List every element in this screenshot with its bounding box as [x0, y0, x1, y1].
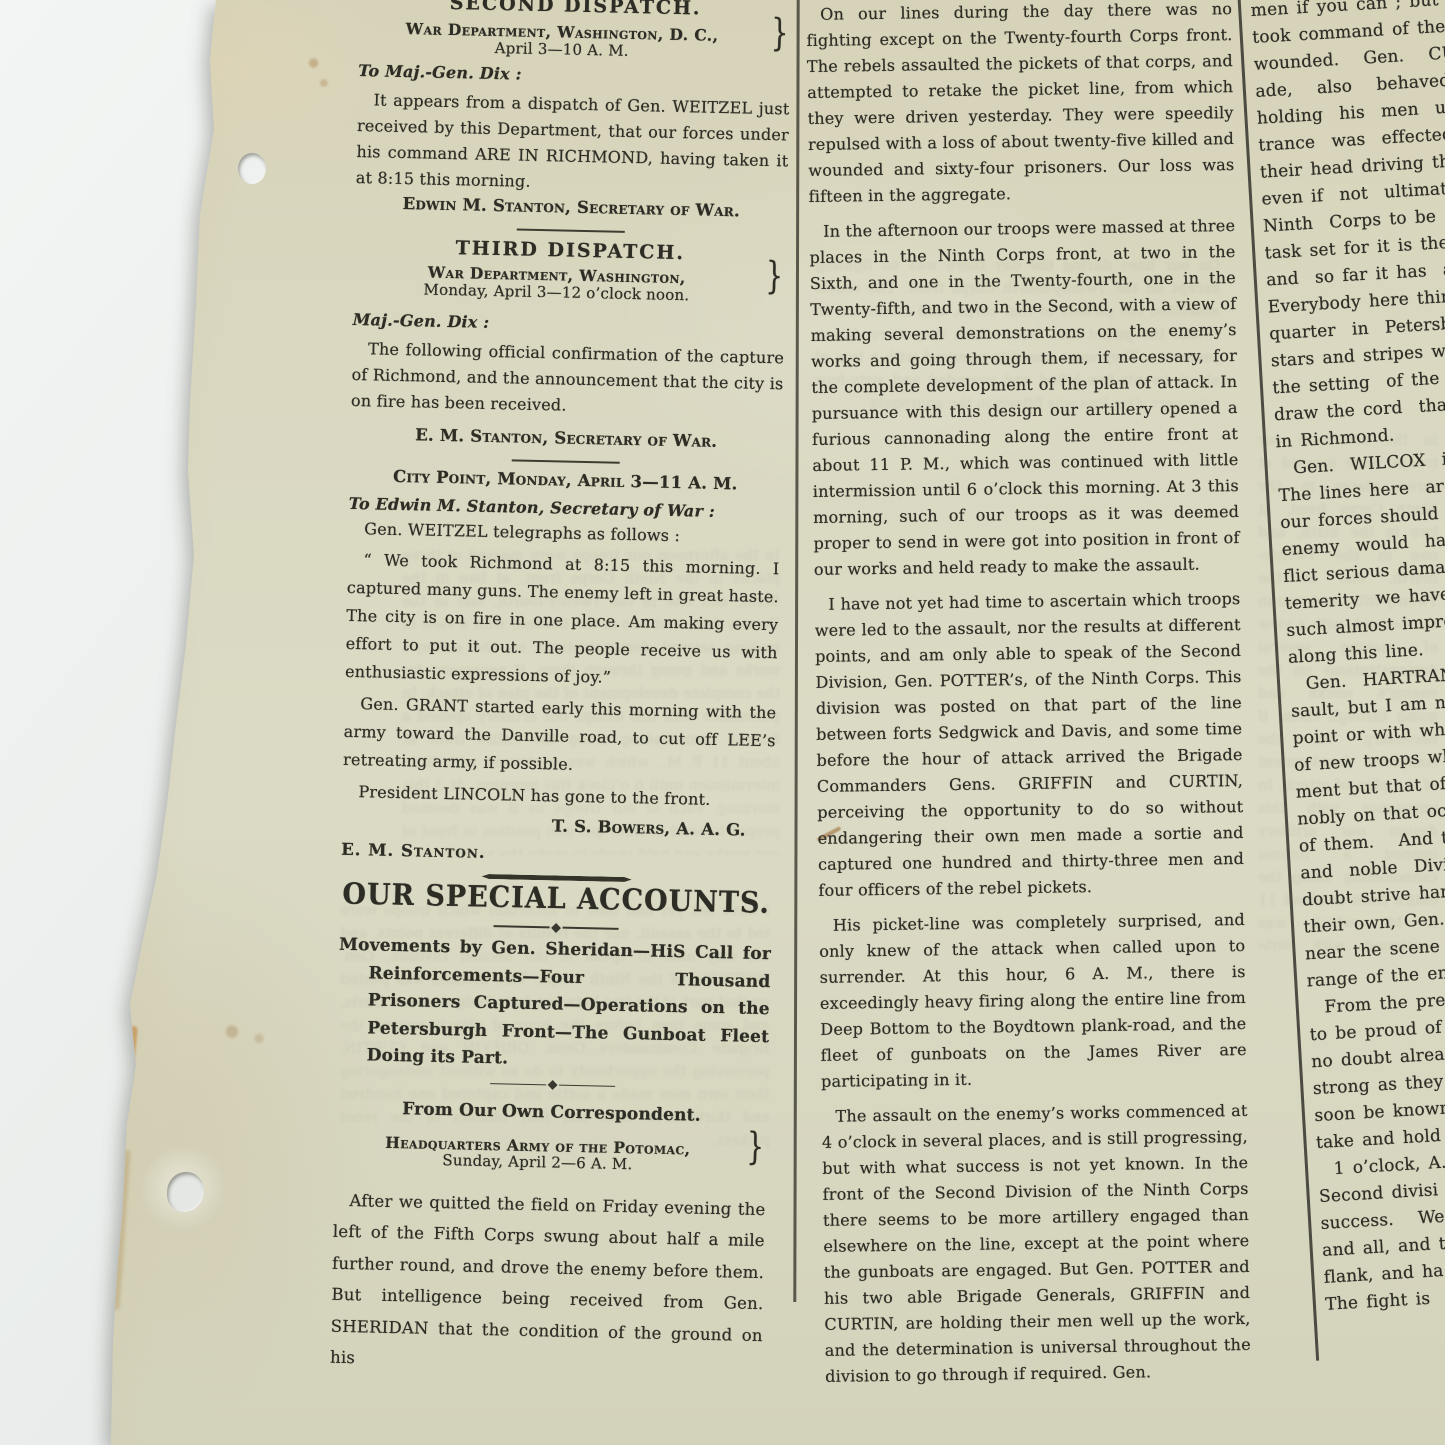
- foxing-spots: [214, 1018, 274, 1052]
- newspaper-page: In the afternoon our troops were massed …: [0, 0, 1445, 1445]
- brace-glyph: }: [771, 24, 789, 45]
- dateline: City Point, Monday, April 3—11 A. M.: [349, 464, 781, 497]
- article-paragraph: His picket-line was completely surprised…: [819, 907, 1247, 1095]
- punch-hole-top: [238, 153, 266, 184]
- article-paragraph: President LINCOLN has gone to the front.: [342, 778, 775, 815]
- article-paragraph: The assault on the enemy’s works commenc…: [821, 1098, 1251, 1390]
- ornament-bar: [559, 1084, 615, 1087]
- paper-shadow-wrap: In the afternoon our troops were massed …: [0, 0, 1445, 1445]
- dateline: Headquarters Army of the Potomac, Sunday…: [334, 1133, 767, 1175]
- ornament-bar: [490, 1083, 546, 1086]
- diamond-icon: [547, 1080, 557, 1090]
- ornament-bar: [562, 927, 618, 930]
- dateline: War Department, Washington, D. C., April…: [359, 20, 792, 62]
- foxing-spots: [300, 48, 334, 98]
- signature: E. M. Stanton, Secretary of War.: [350, 422, 782, 455]
- article-paragraph: On our lines during the day there was no…: [806, 0, 1235, 210]
- article-paragraph: It appears from a dispatch of Gen. WEITZ…: [356, 87, 790, 200]
- article-subhead: Movements by Gen. Sheridan—HiS Call for …: [336, 932, 771, 1079]
- dateline: War Department, Washington, Monday, Apri…: [353, 263, 786, 305]
- middle-column: On our lines during the day there was no…: [806, 0, 1251, 1399]
- edge-stain: [123, 1026, 138, 1085]
- diamond-icon: [551, 923, 561, 933]
- left-column: SECOND DISPATCH. War Department, Washing…: [330, 0, 792, 1383]
- section-rule: [512, 459, 620, 463]
- ornament-bar: [493, 925, 549, 928]
- correspondent-credit: From Our Own Correspondent.: [335, 1095, 767, 1128]
- ornament-divider: [336, 1075, 768, 1094]
- salutation: Maj.-Gen. Dix :: [352, 308, 784, 341]
- article-paragraph: “ We took Richmond at 8:15 this morning.…: [345, 546, 780, 695]
- signature: T. S. Bowers, A. A. G.: [342, 810, 774, 843]
- dispatch-heading: THIRD DISPATCH.: [354, 233, 786, 268]
- article-paragraph: I have not yet had time to ascertain whi…: [814, 586, 1244, 904]
- section-headline: OUR SPECIAL ACCOUNTS.: [340, 876, 773, 922]
- column-divider-rule: [793, 0, 799, 1302]
- brace-glyph: }: [765, 267, 783, 288]
- article-paragraph: Gen. GRANT started early this morning wi…: [343, 690, 777, 783]
- section-rule: [517, 228, 625, 232]
- right-column: men if you can ; but I wi took command o…: [1250, 0, 1445, 1319]
- article-paragraph: In the afternoon our troops were massed …: [809, 213, 1240, 583]
- signature: E. M. Stanton.: [341, 838, 773, 871]
- salutation: To Maj.-Gen. Dix :: [358, 59, 790, 92]
- edge-stain: [112, 1150, 130, 1310]
- brace-glyph: }: [746, 1137, 764, 1158]
- article-paragraph: The following official confirmation of t…: [351, 336, 785, 423]
- photo-background: In the afternoon our troops were massed …: [0, 0, 1445, 1445]
- article-paragraph: After we quitted the field on Friday eve…: [330, 1184, 766, 1382]
